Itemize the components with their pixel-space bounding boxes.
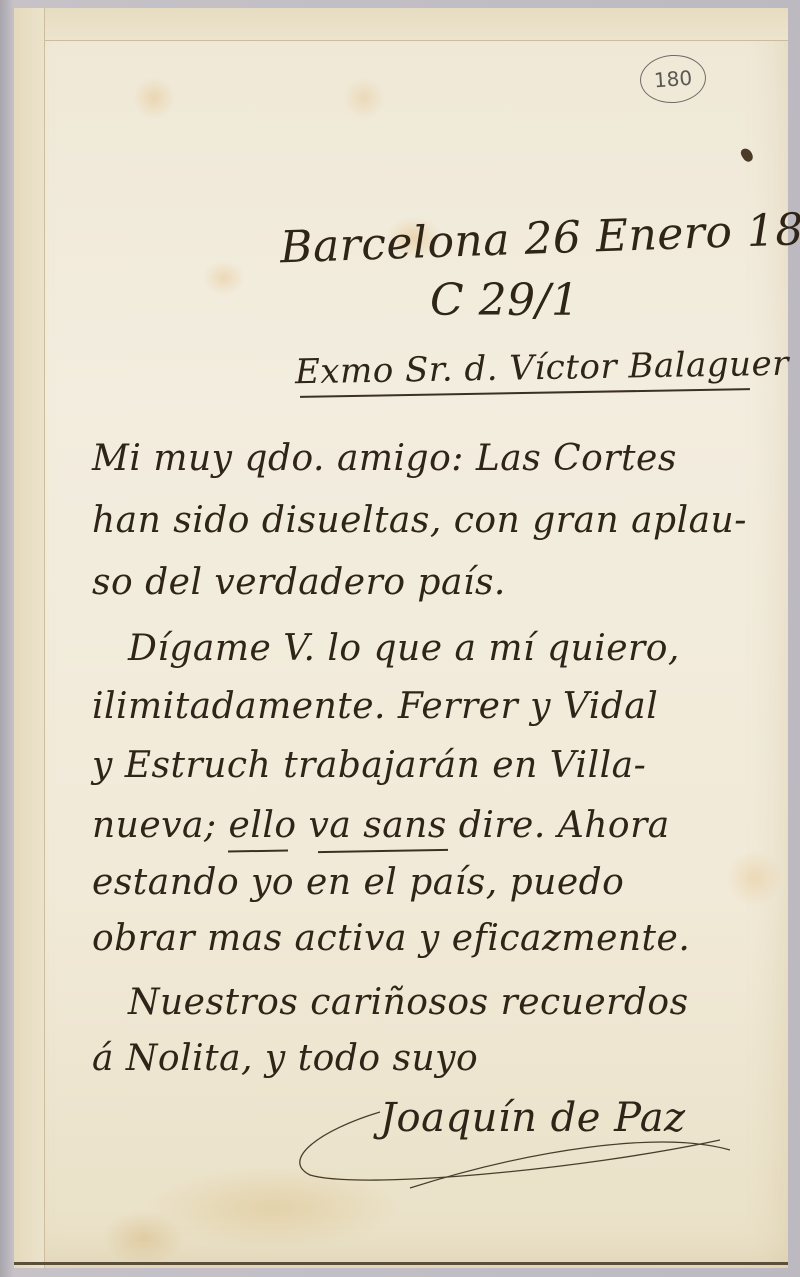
left-fold <box>14 8 45 1268</box>
signature-flourish <box>280 1100 740 1190</box>
body-line-11: á Nolita, y todo suyo <box>92 1038 478 1079</box>
body-line-9: obrar mas activa y eficazmente. <box>92 918 690 959</box>
body-line-10: Nuestros cariñosos recuerdos <box>128 982 689 1023</box>
body-line-7: nueva; ello va sans dire. Ahora <box>92 805 670 846</box>
body-line-8: estando yo en el país, puedo <box>92 862 624 903</box>
body-line-5: ilimitadamente. Ferrer y Vidal <box>92 686 658 727</box>
body-line-6: y Estruch trabajarán en Villa- <box>92 745 646 786</box>
top-fold <box>14 8 788 41</box>
body-line-4: Dígame V. lo que a mí quiero, <box>128 628 680 669</box>
body-line-2: han sido disueltas, con gran aplau- <box>92 500 747 541</box>
body-line-3: so del verdadero país. <box>92 562 506 603</box>
body-line-1: Mi muy qdo. amigo: Las Cortes <box>92 438 677 479</box>
reference-number: C 29/1 <box>430 275 579 326</box>
bottom-edge <box>14 1262 788 1265</box>
